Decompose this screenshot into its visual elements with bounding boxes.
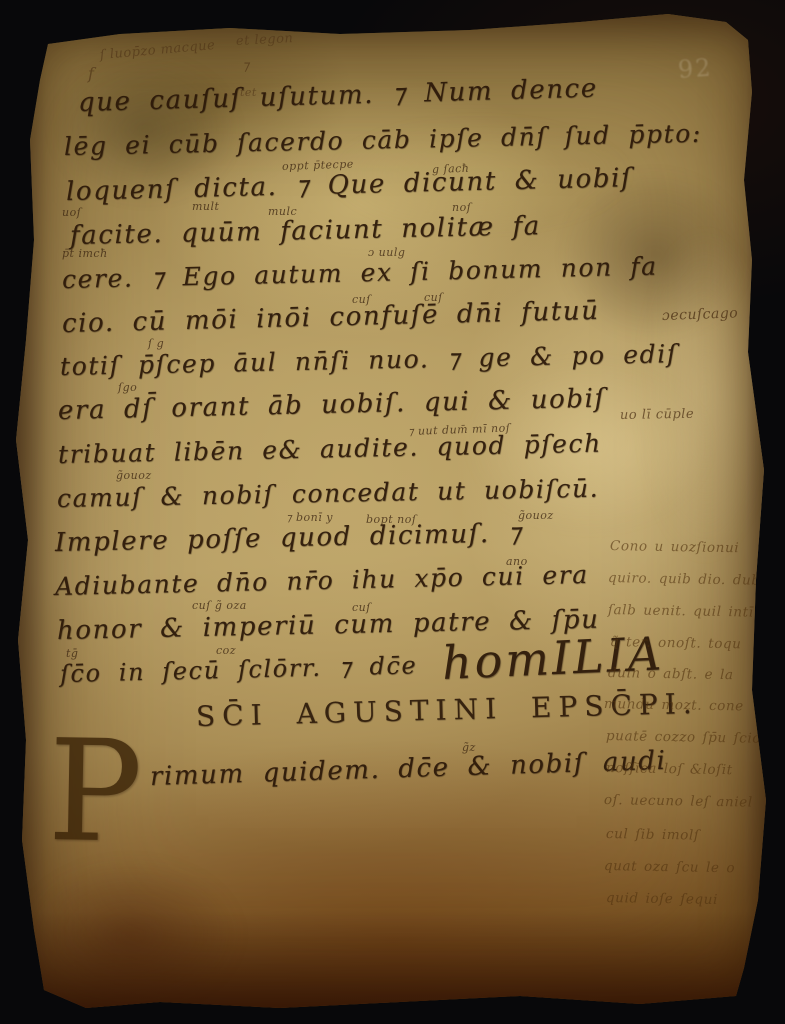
- top-margin-note: f: [88, 64, 94, 83]
- main-text-line: tribuat libēn e& audite. quod p̄ſech: [58, 429, 602, 469]
- right-margin-column-line: cul ſib imolſ: [606, 826, 700, 844]
- main-text-line: cere. ⁊ Ego autum ex ſi bonum non fa: [62, 251, 658, 294]
- interlinear-gloss: uoſ: [62, 206, 81, 219]
- interlinear-gloss: ⁊ bonī y: [286, 511, 333, 524]
- main-text-line: lēg ei cūb ſacerdo cāb ipſe dn̄ſ ſud p̄p…: [64, 119, 702, 161]
- interlinear-gloss: ano: [506, 555, 528, 568]
- top-margin-note: ⁊: [242, 58, 249, 74]
- interlinear-gloss: cuſ: [352, 293, 371, 306]
- top-margin-note: tet: [240, 86, 257, 99]
- interlinear-gloss: g ſacħ: [432, 162, 470, 176]
- photo-background: { "document": { "kind_label": "medieval …: [0, 0, 785, 1024]
- right-margin-column-line: ſalb uenit. quil intī: [608, 602, 754, 621]
- interlinear-gloss: mult: [192, 200, 219, 213]
- page-number-mark: 92: [677, 54, 713, 84]
- top-margin-note: et legon: [236, 31, 294, 49]
- interlinear-gloss: ſ g: [148, 337, 164, 350]
- main-text-line: ſc̄o in ſecū ſclōrr. ⁊ dc̄e: [60, 651, 418, 688]
- top-margin-note: ſ luop̄zo macque: [99, 38, 216, 63]
- right-margin-column-line: oſ. uecuno leſ aniel: [604, 792, 753, 811]
- interlinear-gloss: oppt p̄tecpe: [282, 157, 354, 172]
- right-margin-note: ɔecuſcago: [662, 305, 739, 324]
- interlinear-gloss: tḡ: [66, 647, 78, 660]
- right-margin-column-line: noſſica loſ &loſit: [606, 760, 733, 778]
- right-margin-column-line: mundu mozt. cone: [604, 696, 744, 714]
- interlinear-gloss: ſgo: [118, 381, 137, 394]
- parchment-page: que cauſuſ uſutum. ⁊ Num dencelēg ei cūb…: [0, 0, 785, 1024]
- main-text-line: rimum quidem. dc̄e & nobiſ audi: [150, 746, 667, 792]
- right-margin-note: uo lī cūple: [620, 407, 694, 423]
- interlinear-gloss: ɔ uulg: [368, 246, 405, 259]
- interlinear-gloss: mulc: [268, 205, 297, 218]
- right-margin-column-line: Cono u uozſionui: [610, 538, 740, 556]
- right-margin-column-line: quiro. quib dio. dub: [608, 570, 761, 589]
- right-margin-column-line: quid ioſe ſequi: [606, 890, 718, 908]
- right-margin-column-line: duin o abſt. e la: [608, 665, 734, 683]
- interlinear-gloss: noſ: [452, 201, 471, 214]
- interlinear-gloss: g̃z: [462, 741, 476, 754]
- interlinear-gloss: cuſ g̃ oza: [192, 599, 247, 612]
- main-text-line: era dſ̄ orant āb uobiſ. qui & uobiſ: [58, 384, 606, 426]
- main-text-line: Implere poſſe quod dicimuſ. ⁊: [55, 518, 523, 558]
- interlinear-gloss: g̃ouoz: [518, 509, 554, 522]
- text-layer: que cauſuſ uſutum. ⁊ Num dencelēg ei cūb…: [0, 0, 785, 1024]
- main-text-line: cio. cū mōi inōi confuſē dn̄i futuū: [62, 296, 600, 339]
- right-margin-column-line: quat oza ſcu le o: [604, 858, 735, 876]
- right-margin-column-line: puatē cozzo ſp̄u ſcio: [606, 728, 761, 747]
- interlinear-gloss: coz: [216, 644, 236, 657]
- interlinear-gloss: g̃ouoz: [116, 469, 152, 482]
- right-margin-column-line: q̃ ter. onoſt. toqu: [610, 634, 742, 652]
- interlinear-gloss: cuſ: [352, 601, 371, 614]
- main-text-line: que cauſuſ uſutum. ⁊ Num dence: [78, 73, 599, 118]
- interlinear-gloss: bopt noſ: [366, 513, 416, 526]
- interlinear-gloss: cuſ: [424, 291, 443, 304]
- main-text-line: facite. quūm faciunt nolitæ fa: [70, 211, 541, 251]
- initial-letter: P: [47, 722, 144, 864]
- interlinear-gloss: p̄t imcħ: [62, 247, 108, 260]
